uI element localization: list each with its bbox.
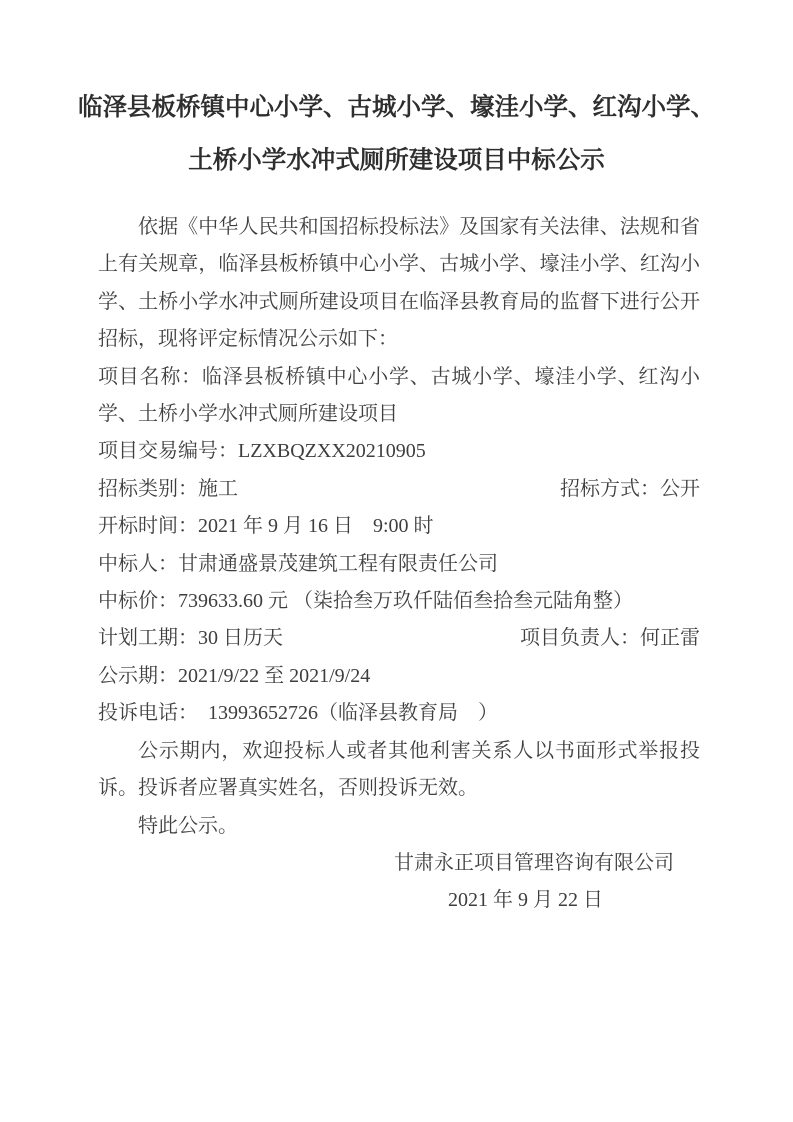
field-label: 招标类别： — [98, 478, 198, 500]
field-winner: 中标人：甘肃通盛景茂建筑工程有限责任公司 — [98, 546, 700, 583]
field-bid-category: 招标类别：施工 — [98, 471, 238, 508]
field-label: 中标人： — [98, 553, 178, 575]
signature-company: 甘肃永正项目管理咨询有限公司 — [98, 845, 700, 882]
closing-line: 特此公示。 — [98, 808, 700, 845]
field-value: 739633.60 元 （柒拾叁万玖仟陆佰叁拾叁元陆角整） — [178, 590, 633, 612]
field-label: 投诉电话： — [98, 702, 188, 724]
field-row-category-method: 招标类别：施工 招标方式：公开 — [98, 471, 700, 508]
field-label: 项目负责人： — [520, 627, 640, 649]
field-publicity-period: 公示期：2021/9/22 至 2021/9/24 — [98, 658, 700, 695]
field-label: 招标方式： — [560, 478, 660, 500]
complaint-note: 公示期内，欢迎投标人或者其他利害关系人以书面形式举报投诉。投诉者应署真实姓名，否… — [98, 733, 700, 808]
field-label: 开标时间： — [98, 515, 198, 537]
field-bid-method: 招标方式：公开 — [560, 471, 700, 508]
field-label: 计划工期： — [98, 627, 198, 649]
field-bid-price: 中标价：739633.60 元 （柒拾叁万玖仟陆佰叁拾叁元陆角整） — [98, 583, 700, 620]
signature-date: 2021 年 9 月 22 日 — [98, 882, 700, 919]
field-label: 公示期： — [98, 665, 178, 687]
field-complaint-phone: 投诉电话： 13993652726（临泽县教育局 ） — [98, 695, 700, 732]
field-value: 13993652726（临泽县教育局 ） — [188, 702, 498, 724]
field-label: 项目名称： — [98, 366, 202, 388]
field-value: 2021/9/22 至 2021/9/24 — [178, 665, 370, 687]
page: 临泽县板桥镇中心小学、古城小学、壕洼小学、红沟小学、土桥小学水冲式厕所建设项目中… — [0, 0, 793, 1122]
field-project-name: 项目名称：临泽县板桥镇中心小学、古城小学、壕洼小学、红沟小学、土桥小学水冲式厕所… — [98, 359, 700, 434]
field-value: LZXBQZXX20210905 — [238, 440, 426, 462]
field-value: 2021 年 9 月 16 日 9:00 时 — [198, 515, 434, 537]
field-transaction-no: 项目交易编号：LZXBQZXX20210905 — [98, 433, 700, 470]
field-value: 何正雷 — [640, 627, 700, 649]
field-label: 项目交易编号： — [98, 440, 238, 462]
field-value: 公开 — [660, 478, 700, 500]
field-row-duration-manager: 计划工期：30 日历天 项目负责人：何正雷 — [98, 620, 700, 657]
field-value: 30 日历天 — [198, 627, 283, 649]
document-body: 依据《中华人民共和国招标投标法》及国家有关法律、法规和省上有关规章，临泽县板桥镇… — [98, 209, 700, 920]
document-title: 临泽县板桥镇中心小学、古城小学、壕洼小学、红沟小学、土桥小学水冲式厕所建设项目中… — [71, 81, 723, 187]
field-value: 甘肃通盛景茂建筑工程有限责任公司 — [178, 553, 498, 575]
field-open-time: 开标时间：2021 年 9 月 16 日 9:00 时 — [98, 508, 700, 545]
field-value: 施工 — [198, 478, 238, 500]
field-manager: 项目负责人：何正雷 — [520, 620, 700, 657]
field-label: 中标价： — [98, 590, 178, 612]
field-duration: 计划工期：30 日历天 — [98, 620, 283, 657]
intro-paragraph: 依据《中华人民共和国招标投标法》及国家有关法律、法规和省上有关规章，临泽县板桥镇… — [98, 209, 700, 359]
